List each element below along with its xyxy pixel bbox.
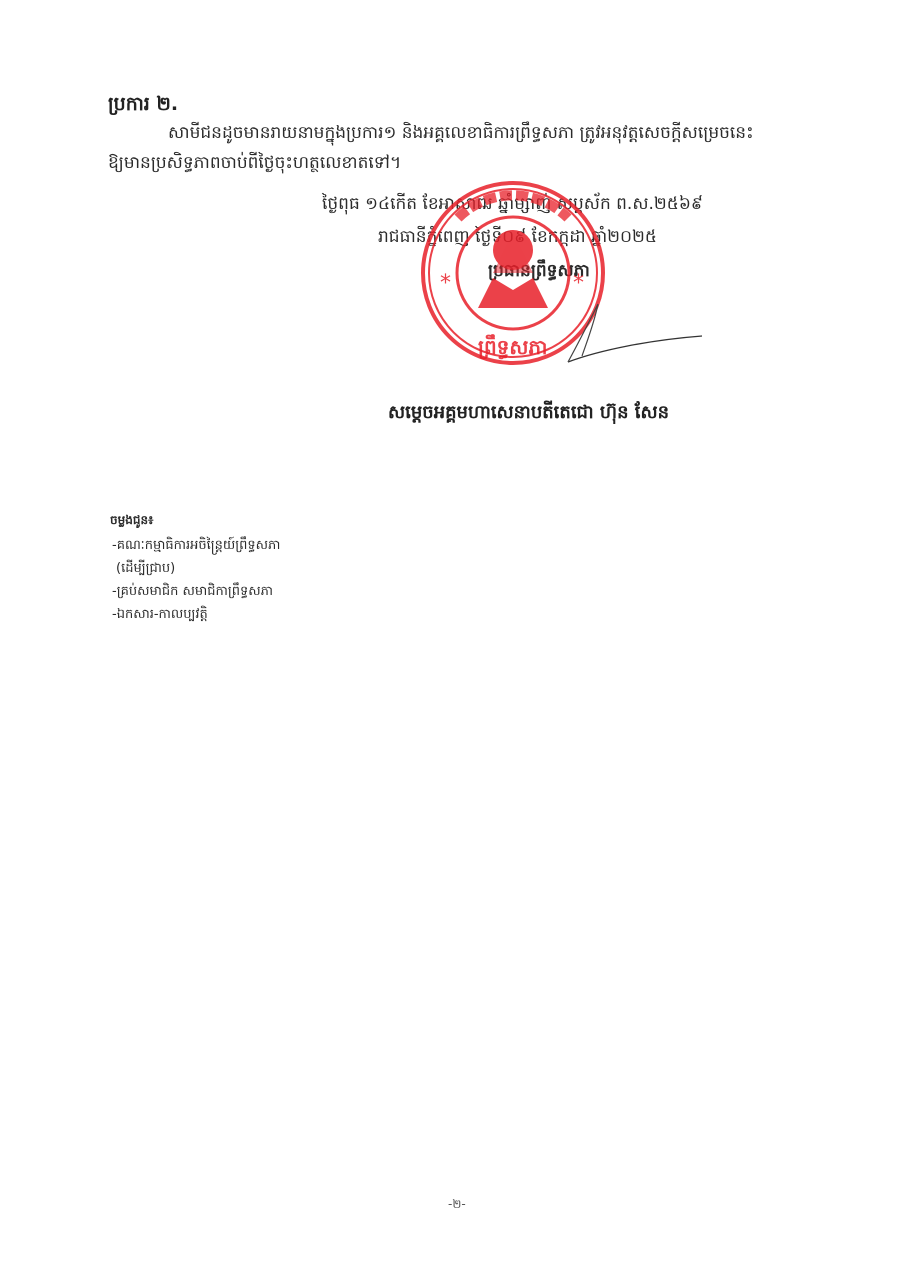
cc-heading: ចម្លងជូន៖ [110, 512, 153, 530]
body-text-line-2: ឱ្យមានប្រសិទ្ធភាពចាប់ពីថ្ងៃចុះហត្ថលេខាតទ… [108, 152, 401, 177]
lunar-date: ថ្ងៃពុធ ១៤កើត ខែអាសាឍ ឆ្នាំម្សាញ់ សប្តស័… [322, 193, 703, 218]
cc-item: (ដើម្បីជ្រាប) [112, 557, 280, 580]
cc-item: -គ្រប់សមាជិក សមាជិកាព្រឹទ្ធសភា [112, 580, 280, 603]
body-text-line-1: សាមីជនដូចមានរាយនាមក្នុងប្រការ១ និងអគ្គលេ… [168, 122, 754, 147]
solar-date: រាជធានីភ្នំពេញ ថ្ងៃទី០៩ ខែកក្កដា ឆ្នាំ២០… [378, 226, 657, 251]
svg-text:*: * [440, 271, 451, 296]
cc-item: -គណៈកម្មាធិការអចិន្ត្រៃយ៍ព្រឹទ្ធសភា [112, 534, 280, 557]
signer-name: សម្តេចអគ្គមហាសេនាបតីតេជោ ហ៊ុន សែន [388, 400, 669, 427]
page-number: -២- [448, 1196, 466, 1214]
cc-item: -ឯកសារ-កាលប្បវត្តិ [112, 603, 280, 626]
cc-list: -គណៈកម្មាធិការអចិន្ត្រៃយ៍ព្រឹទ្ធសភា (ដើម… [112, 534, 280, 626]
article-heading: ប្រការ ២. [108, 92, 178, 120]
signer-title: ប្រធានព្រឹទ្ធសភា [488, 260, 590, 285]
svg-text:ព្រឹទ្ធសភា: ព្រឹទ្ធសភា [478, 334, 547, 360]
signature-icon [560, 300, 720, 380]
